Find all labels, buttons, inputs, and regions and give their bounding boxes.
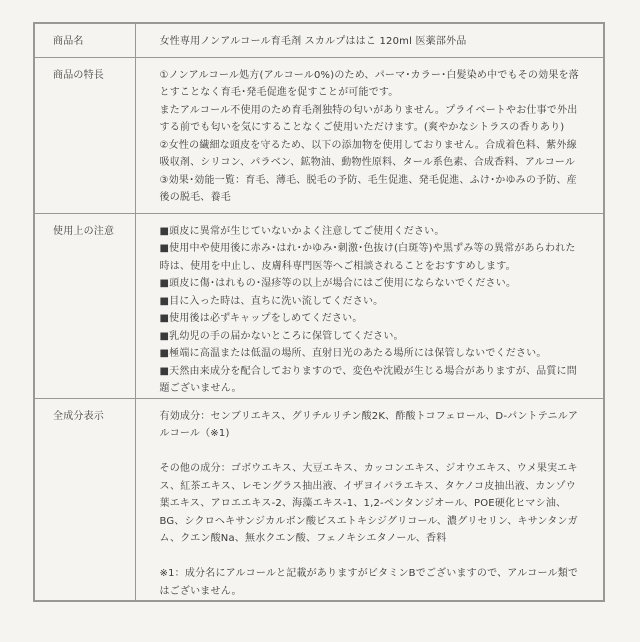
row-product-features: 商品の特長 ①ノンアルコール処方(アルコール0%)のため、パーマ･カラー･白髪染… [34,57,604,213]
caution-item: ■目に入った時は、直ちに洗い流してください。 [160,293,586,311]
value-full-ingredients: 有効成分：センブリエキス、グリチルリチン酸2K、酢酸トコフェロール、D-パントテ… [135,398,604,601]
value-product-name: 女性専用ノンアルコール育毛剤 スカルプははこ 120ml 医薬部外品 [135,23,604,57]
caution-item: ■極端に高温または低温の場所、直射日光のあたる場所には保管しないでください。 [160,345,586,363]
caution-item: ■頭皮に傷･はれもの･湿疹等の以上が場合にはご使用にならないでください。 [160,275,586,293]
caution-item: ■天然由来成分を配合しておりますので、変色や沈殿が生じる場合がありますが、品質に… [160,363,586,398]
label-usage-cautions: 使用上の注意 [34,213,135,398]
feature-text: ③効果･効能一覧：育毛、薄毛、脱毛の予防、毛生促進、発毛促進、ふけ･かゆみの予防… [160,172,586,207]
other-ingredients: その他の成分：ゴボウエキス、大豆エキス、カッコンエキス、ジオウエキス、ウメ果実エ… [160,460,586,548]
spacer [160,443,586,461]
feature-text: ②女性の繊細な頭皮を守るため、以下の添加物を使用しておりません。合成着色料、紫外… [160,137,586,172]
feature-text: ①ノンアルコール処方(アルコール0%)のため、パーマ･カラー･白髪染め中でもその… [160,67,586,102]
row-product-name: 商品名 女性専用ノンアルコール育毛剤 スカルプははこ 120ml 医薬部外品 [34,23,604,57]
caution-item: ■使用後は必ずキャップをしめてください。 [160,310,586,328]
product-spec-table: 商品名 女性専用ノンアルコール育毛剤 スカルプははこ 120ml 医薬部外品 商… [33,22,605,602]
ingredients-footnote: ※1：成分名にアルコールと記載がありますがビタミンBでございますので、アルコール… [160,565,586,600]
product-name-text: 女性専用ノンアルコール育毛剤 スカルプははこ 120ml 医薬部外品 [160,33,586,51]
active-ingredients: 有効成分：センブリエキス、グリチルリチン酸2K、酢酸トコフェロール、D-パントテ… [160,408,586,443]
label-full-ingredients: 全成分表示 [34,398,135,601]
value-usage-cautions: ■頭皮に異常が生じていないかよく注意してご使用ください。 ■使用中や使用後に赤み… [135,213,604,398]
row-usage-cautions: 使用上の注意 ■頭皮に異常が生じていないかよく注意してご使用ください。 ■使用中… [34,213,604,398]
caution-item: ■使用中や使用後に赤み･はれ･かゆみ･刺激･色抜け(白斑等)や黒ずみ等の異常があ… [160,240,586,275]
label-product-name: 商品名 [34,23,135,57]
label-product-features: 商品の特長 [34,57,135,213]
value-product-features: ①ノンアルコール処方(アルコール0%)のため、パーマ･カラー･白髪染め中でもその… [135,57,604,213]
feature-text: またアルコール不使用のため育毛剤独特の匂いがありません。プライベートやお仕事で外… [160,102,586,137]
caution-item: ■頭皮に異常が生じていないかよく注意してご使用ください。 [160,223,586,241]
row-full-ingredients: 全成分表示 有効成分：センブリエキス、グリチルリチン酸2K、酢酸トコフェロール、… [34,398,604,601]
spacer [160,548,586,566]
caution-item: ■乳幼児の手の届かないところに保管してください。 [160,328,586,346]
